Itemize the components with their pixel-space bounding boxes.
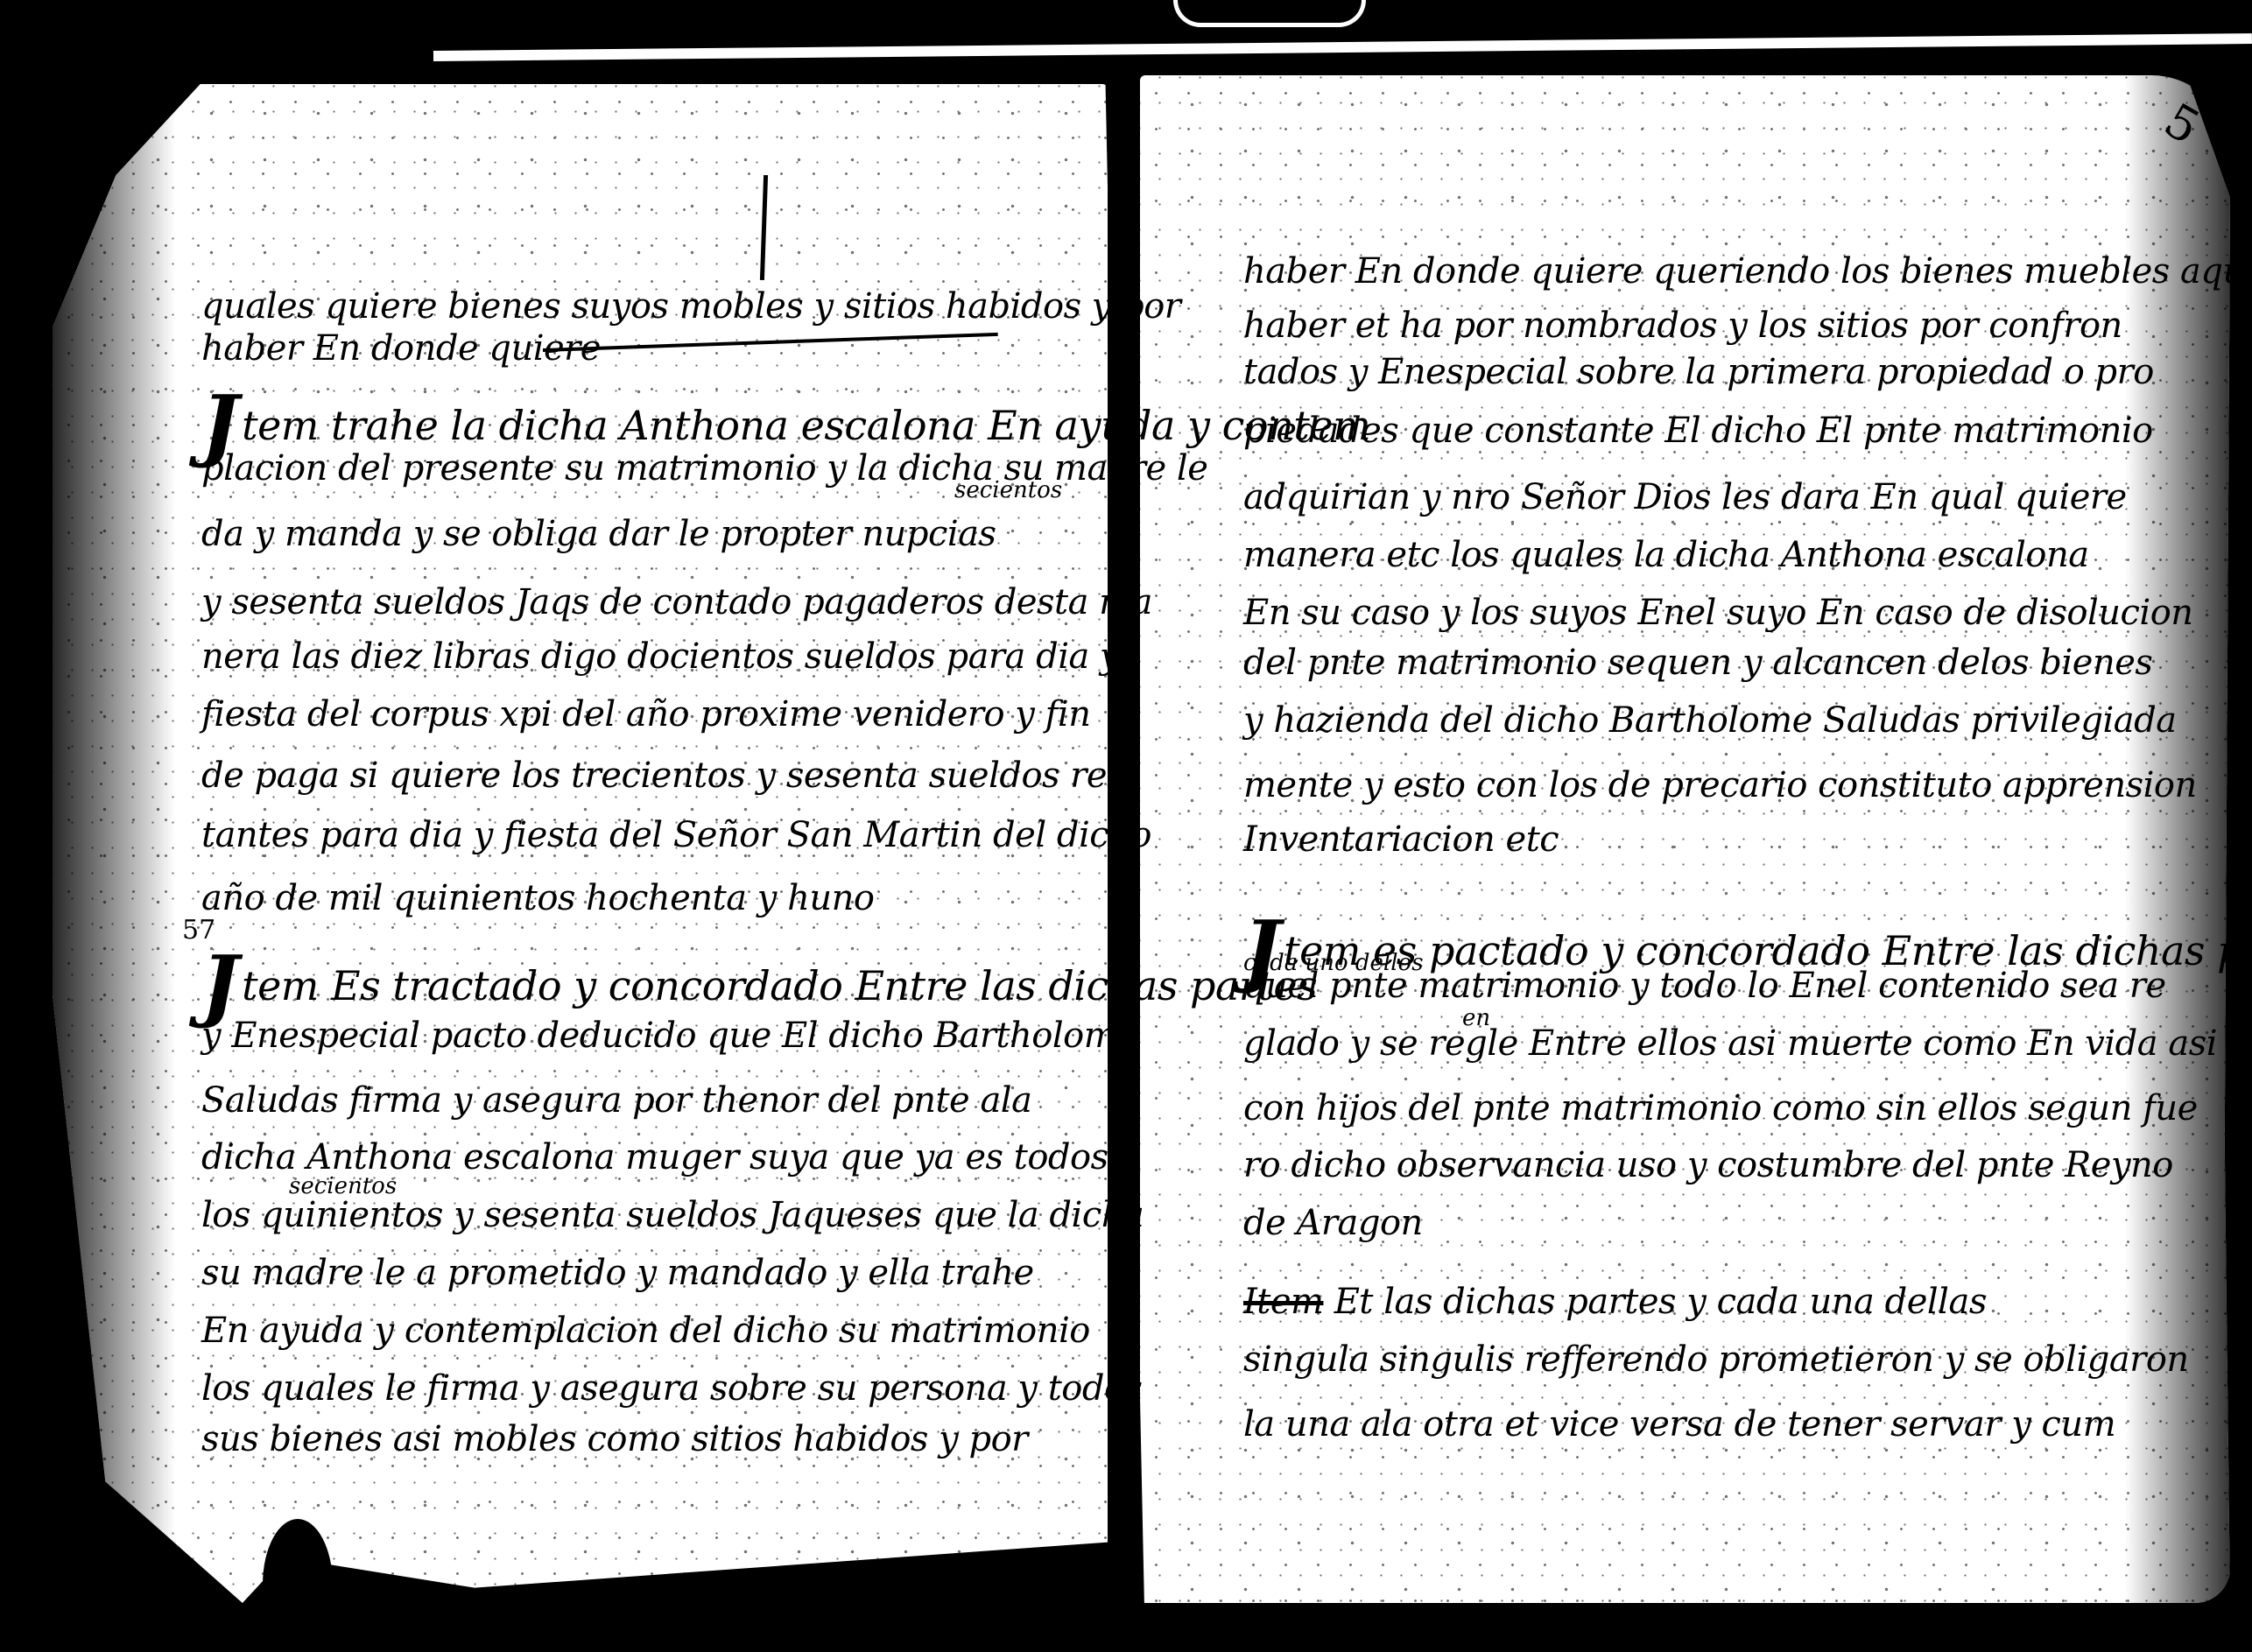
text-line: dicha Anthona escalona muger suya que ya… bbox=[201, 1140, 1108, 1175]
text-line: Inventariacion etc bbox=[1243, 822, 1559, 857]
text-line: haber En donde quiere bbox=[201, 331, 601, 366]
text-line: y Enespecial pacto deducido que El dicho… bbox=[201, 1018, 1137, 1053]
text-line: la una ala otra et vice versa de tener s… bbox=[1243, 1407, 2115, 1442]
text-line: sus bienes asi mobles como sitios habido… bbox=[201, 1422, 1028, 1457]
text-span: Et las dichas partes y cada una dellas bbox=[1334, 1282, 1987, 1322]
text-line: de Aragon bbox=[1243, 1206, 1423, 1241]
top-binding-rule bbox=[433, 33, 2252, 61]
text-span: tem trahe la dicha Anthona escalona En a… bbox=[242, 402, 1370, 449]
text-line: adquirian y nro Señor Dios les dara En q… bbox=[1243, 480, 2127, 515]
struck-word: Item bbox=[1243, 1282, 1323, 1322]
text-line: piedades que constante El dicho El pnte … bbox=[1243, 413, 2153, 448]
text-line: y hazienda del dicho Bartholome Saludas … bbox=[1243, 703, 2177, 738]
text-line: tantes para dia y fiesta del Señor San M… bbox=[201, 818, 1151, 853]
text-line: da y manda y se obliga dar le propter nu… bbox=[201, 517, 996, 552]
text-line: nera las diez libras digo docientos suel… bbox=[201, 639, 1119, 674]
text-line: quales quiere bienes suyos mobles y siti… bbox=[201, 289, 1180, 324]
text-line: haber En donde quiere queriendo los bien… bbox=[1243, 254, 2252, 289]
paper-edge-shadow bbox=[53, 84, 175, 1603]
scanned-manuscript: 5 57 quales quiere bienes suyos mobles y… bbox=[0, 0, 2252, 1652]
text-line: ro dicho observancia uso y costumbre del… bbox=[1243, 1148, 2173, 1183]
text-line: glado y se regle Entre ellos asi muerte … bbox=[1243, 1026, 2217, 1061]
text-line: singula singulis refferendo prometieron … bbox=[1243, 1342, 2189, 1377]
text-line: y sesenta sueldos Jaqs de contado pagade… bbox=[201, 585, 1152, 620]
text-line: mente y esto con los de precario constit… bbox=[1243, 768, 2197, 803]
ink-blot bbox=[263, 1519, 333, 1650]
text-line: En su caso y los suyos Enel suyo En caso… bbox=[1243, 595, 2193, 630]
text-line: los quales le firma y asegura sobre su p… bbox=[201, 1371, 1143, 1406]
text-line: con hijos del pnte matrimonio como sin e… bbox=[1243, 1091, 2198, 1126]
text-line-item: Jtem Es tractado y concordado Entre las … bbox=[201, 946, 1317, 1024]
text-line: quel pnte matrimonio y todo lo Enel cont… bbox=[1243, 968, 2166, 1003]
text-span: tem Es tractado y concordado Entre las d… bbox=[242, 962, 1317, 1009]
text-line: manera etc los quales la dicha Anthona e… bbox=[1243, 538, 2089, 573]
text-line: tados y Enespecial sobre la primera prop… bbox=[1243, 355, 2154, 390]
interlinear-insertion: secientos bbox=[954, 477, 1062, 503]
binding-ornament bbox=[1173, 0, 1366, 27]
text-line: de paga si quiere los trecientos y sesen… bbox=[201, 758, 1124, 793]
text-line: año de mil quinientos hochenta y huno bbox=[201, 881, 874, 916]
text-line: Saludas firma y asegura por thenor del p… bbox=[201, 1083, 1031, 1118]
text-line-item: Item Et las dichas partes y cada una del… bbox=[1243, 1284, 1987, 1319]
text-line: los quinientos y sesenta sueldos Jaquese… bbox=[201, 1198, 1144, 1233]
text-line: del pnte matrimonio sequen y alcancen de… bbox=[1243, 645, 2152, 680]
text-line: fiesta del corpus xpi del año proxime ve… bbox=[201, 697, 1090, 732]
text-line: En ayuda y contemplacion del dicho su ma… bbox=[201, 1313, 1090, 1348]
text-line: su madre le a prometido y mandado y ella… bbox=[201, 1255, 1034, 1290]
text-line: haber et ha por nombrados y los sitios p… bbox=[1243, 308, 2122, 343]
